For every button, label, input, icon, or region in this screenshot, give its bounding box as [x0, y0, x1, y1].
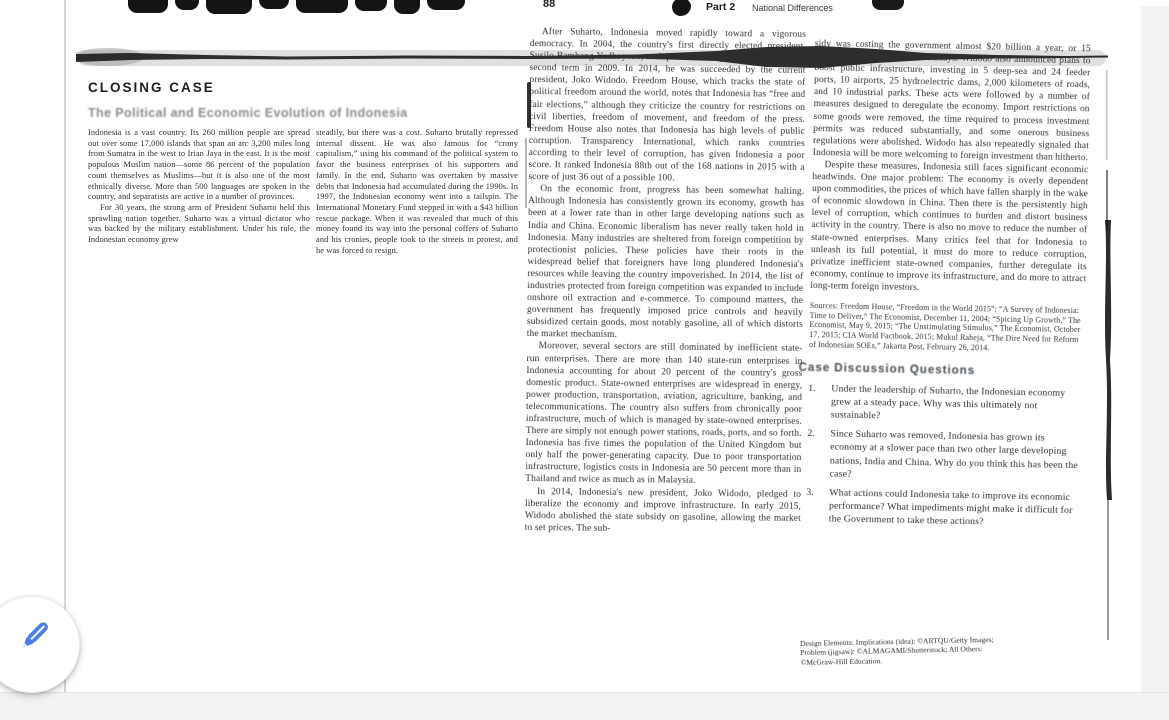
question-number: 2.: [807, 427, 823, 480]
question-text: What actions could Indonesia take to imp…: [829, 486, 1083, 530]
questions-heading: Case Discussion Questions: [799, 362, 1085, 380]
cropped-chapter-title-art: [128, 0, 465, 14]
cropped-chapter-title-art-fragment: [872, 0, 904, 10]
question-text: Since Suharto was removed, Indonesia has…: [830, 428, 1084, 486]
viewer-right-gutter: [1141, 6, 1169, 692]
part-label: Part 2: [706, 1, 735, 13]
page-left-edge: [64, 0, 66, 692]
paragraph: Indonesia is a vast country. Its 260 mil…: [88, 128, 310, 203]
middle-column: After Suharto, Indonesia moved rapidly t…: [525, 26, 806, 537]
sources-note: Sources: Freedom House, “Freedom in the …: [809, 301, 1086, 355]
case-title: The Political and Economic Evolution of …: [88, 106, 408, 120]
question-text: Under the leadership of Suharto, the Ind…: [831, 382, 1085, 426]
question-number: 1.: [808, 382, 824, 422]
paragraph: On the economic front, progress has been…: [527, 183, 805, 343]
viewer-bottom-bar: [0, 692, 1169, 720]
globe-icon: [672, 0, 691, 16]
question-number: 3.: [806, 486, 822, 526]
scan-artifact-dash: [525, 138, 527, 208]
paragraph: sidy was costing the government almost $…: [813, 38, 1091, 164]
intro-column-2: steadily, but there was a cost. Suharto …: [316, 128, 518, 256]
question-item: 1. Under the leadership of Suharto, the …: [808, 382, 1085, 427]
pencil-icon: [14, 616, 54, 656]
part-title: National Differences: [752, 3, 833, 13]
case-discussion-questions: Case Discussion Questions 1. Under the l…: [796, 362, 1085, 531]
paragraph: After Suharto, Indonesia moved rapidly t…: [528, 26, 806, 186]
page-number: 88: [543, 0, 555, 10]
design-credits: Design Elements: Implications (idea): ©A…: [800, 634, 1033, 667]
closing-case-kicker: CLOSING CASE: [88, 80, 215, 95]
paragraph: In 2014, Indonesia's new president, Joko…: [525, 486, 801, 537]
paragraph: For 30 years, the strong arm of Presiden…: [88, 203, 310, 246]
paragraph: steadily, but there was a cost. Suharto …: [316, 128, 518, 256]
right-column: sidy was costing the government almost $…: [806, 38, 1091, 537]
question-item: 2. Since Suharto was removed, Indonesia …: [807, 427, 1084, 485]
question-item: 3. What actions could Indonesia take to …: [806, 486, 1083, 531]
paragraph: Moreover, several sectors are still domi…: [525, 340, 803, 488]
book-spine-scan-edge: [1096, 70, 1120, 650]
intro-column-1: Indonesia is a vast country. Its 260 mil…: [88, 128, 310, 246]
document-viewer: 88 Part 2 National Differences CLOSING C…: [0, 0, 1169, 720]
scan-artifact-dash: [527, 82, 531, 128]
paragraph: Despite these measures, Indonesia still …: [810, 159, 1089, 297]
annotate-button[interactable]: [0, 596, 80, 693]
